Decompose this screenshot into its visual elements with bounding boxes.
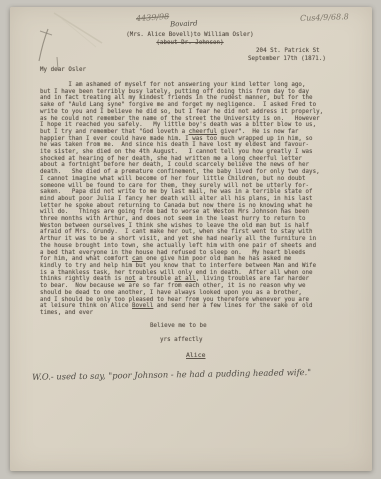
address-line: 204 St. Patrick St xyxy=(256,48,320,55)
salutation: My dear Osler xyxy=(40,67,86,74)
letter-line: at leisure think on Alice Bovell and sen… xyxy=(40,303,323,310)
bottom-handwritten-note: W.O.- used to say, "poor Johnson - he ha… xyxy=(32,366,358,382)
letter-line: for him, and what comfort can one give h… xyxy=(40,256,323,263)
strikeout-annotation: 4439/98 xyxy=(136,12,170,23)
letter-line: I am ashamed of myself for not answering… xyxy=(40,82,323,89)
typed-header-attribution: (Mrs. Alice Bovell)to William Osler) xyxy=(90,32,290,39)
typed-header-subject: (about Dr. Johnson) xyxy=(90,40,290,47)
letter-line: ite sister, she died on the 4th August. … xyxy=(40,149,323,156)
letter-line: write to you and I believe he did so, bu… xyxy=(40,109,323,116)
letter-line: mind about poor Julia I fancy her death … xyxy=(40,196,323,203)
letter-line: death. She died of a premature confineme… xyxy=(40,169,323,176)
letter-line: times, and ever xyxy=(40,310,323,317)
letter-line: to bear. Now because we are so far from … xyxy=(40,283,323,290)
letter-line: saken. Papa did not write to me by last … xyxy=(40,189,323,196)
letter-line: should be dead to one another, I have al… xyxy=(40,290,323,297)
letter-line: I cannot imagine what will become of her… xyxy=(40,176,323,183)
letter-body: I am ashamed of myself for not answering… xyxy=(40,82,323,317)
letter-line: but I try and remember that "God loveth … xyxy=(40,129,323,136)
closing-line-1: Believe me to be xyxy=(150,323,207,330)
closing-line-2: yrs affectly xyxy=(160,337,202,344)
cursive-name-annotation: Bovaird xyxy=(170,20,198,29)
signature: Alice xyxy=(186,352,206,359)
letter-line: three months with Arthur, and does not s… xyxy=(40,216,323,223)
date-line: September 17th (1871.) xyxy=(248,56,326,63)
letter-paper: 4439/98 Bovaird Cus4/9/68.8 (Mrs. Alice … xyxy=(10,7,372,471)
letter-line: Arthur it was to be a short visit, and y… xyxy=(40,236,323,243)
reference-code-annotation: Cus4/9/68.8 xyxy=(300,12,349,23)
scanned-letter-page: { "annotations": { "strikeout_note": "44… xyxy=(0,0,381,479)
letter-line: the house brought into town, she actuall… xyxy=(40,243,323,250)
letter-line: sake of "Auld Lang syne" forgive me and … xyxy=(40,102,323,109)
letter-line: kindly to try and help him but you know … xyxy=(40,263,323,270)
letter-line: I hope it reached you safely. My little … xyxy=(40,122,323,129)
